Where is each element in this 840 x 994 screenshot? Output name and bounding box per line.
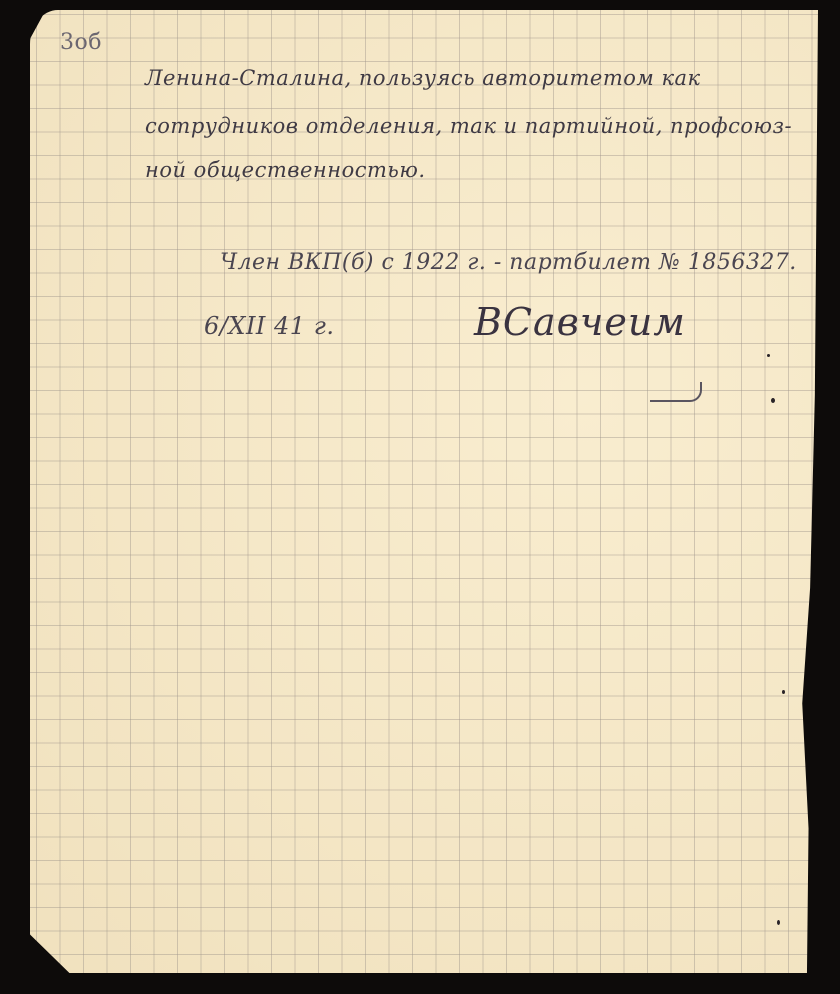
text-line-1: Ленина-Сталина, пользуясь авторитетом ка…	[145, 66, 701, 90]
paper-speck	[782, 690, 785, 694]
paper-speck	[767, 354, 770, 357]
signature: ВСавчеим	[474, 300, 686, 344]
document-date: 6/XII 41 г.	[204, 312, 334, 340]
party-membership-line: Член ВКП(б) с 1922 г. - партбилет № 1856…	[220, 250, 797, 275]
signature-flourish	[650, 382, 702, 402]
text-line-3: ной общественностью.	[145, 158, 426, 182]
paper-hole	[771, 398, 775, 403]
document-page	[30, 10, 818, 973]
page-number: 3об	[60, 30, 102, 55]
text-line-2: сотрудников отделения, так и партийной, …	[145, 114, 792, 138]
paper-speck	[777, 920, 780, 925]
